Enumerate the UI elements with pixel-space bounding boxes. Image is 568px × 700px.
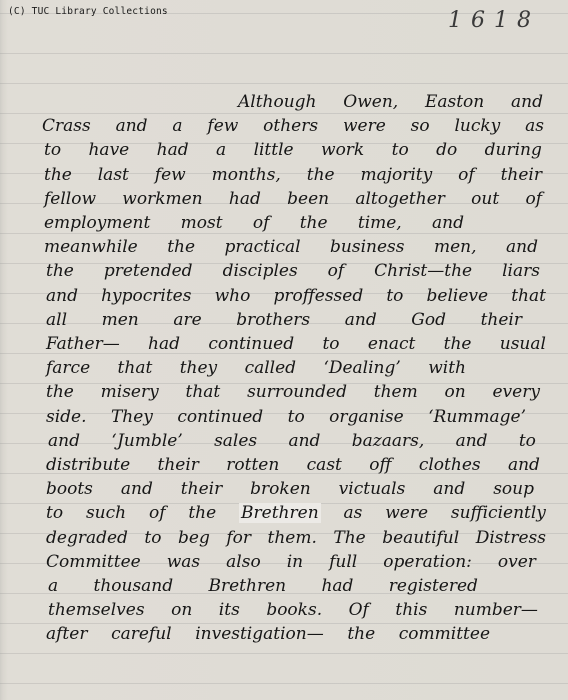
manuscript-word: registered [389,576,478,596]
manuscript-word: to [44,140,61,160]
manuscript-word: and [508,455,540,475]
manuscript-line: AlthoughOwen,Eastonand [238,92,543,112]
manuscript-word: were [343,116,386,136]
manuscript-line: andhypocriteswhoproffessedtobelievethat [46,286,546,306]
manuscript-word: during [485,140,542,160]
manuscript-word: the [46,382,74,402]
manuscript-word: are [173,310,201,330]
manuscript-word: ‘Dealing’ [323,358,400,378]
manuscript-word: sufficiently [451,503,546,523]
manuscript-word: committee [399,624,490,644]
manuscript-word: Father— [46,334,120,354]
manuscript-line: bootsandtheirbrokenvictualsandsoup [46,479,534,499]
manuscript-line: fellowworkmenhadbeenaltogetheroutof [44,189,542,209]
manuscript-line: aftercarefulinvestigation—thecommittee [46,624,490,644]
manuscript-word: beg [178,528,210,548]
manuscript-word: do [436,140,457,160]
manuscript-word: bazaars, [352,431,425,451]
manuscript-line: Crassandafewothersweresoluckyas [42,116,544,136]
manuscript-line: employmentmostofthetime,and [44,213,464,233]
manuscript-word: side. [46,407,87,427]
manuscript-word: rotten [226,455,279,475]
manuscript-line: meanwhilethepracticalbusinessmen,and [44,237,538,257]
manuscript-line: degradedtobegforthem.ThebeautifulDistres… [46,528,546,548]
manuscript-word: full [329,552,357,572]
manuscript-word: men, [434,237,477,257]
manuscript-word: to [322,334,339,354]
manuscript-word: had [321,576,353,596]
manuscript-word: believe [427,286,489,306]
manuscript-word: organise [329,407,404,427]
manuscript-word: a [172,116,182,136]
manuscript-word: and [433,479,465,499]
manuscript-word: Distress [476,528,546,548]
manuscript-word: the [46,261,74,281]
manuscript-word: the [347,624,375,644]
manuscript-word: in [287,552,303,572]
manuscript-word: ‘Rummage’ [428,407,526,427]
manuscript-line: allmenarebrothersandGodtheir [46,310,522,330]
manuscript-word: have [88,140,129,160]
manuscript-word: books. [266,600,322,620]
manuscript-word: were [385,503,428,523]
copyright-watermark: (C) TUC Library Collections [8,6,168,17]
manuscript-word: they [180,358,217,378]
manuscript-word: soup [493,479,534,499]
manuscript-word: usual [500,334,546,354]
manuscript-word: altogether [355,189,445,209]
manuscript-word: to [144,528,161,548]
manuscript-word: who [215,286,251,306]
manuscript-word: the [188,503,216,523]
manuscript-word: after [46,624,87,644]
manuscript-word: fellow [44,189,96,209]
manuscript-word: on [171,600,192,620]
manuscript-line: Father—hadcontinuedtoenacttheusual [46,334,546,354]
manuscript-word: practical [225,237,301,257]
manuscript-word: few [207,116,238,136]
manuscript-word: a [48,576,58,596]
manuscript-word: disciples [223,261,298,281]
manuscript-line: thelastfewmonths,themajorityoftheir [44,165,542,185]
manuscript-word: Easton [425,92,484,112]
manuscript-word: workmen [122,189,202,209]
manuscript-word: their [501,165,542,185]
manuscript-word: for [226,528,251,548]
manuscript-word: brothers [236,310,310,330]
manuscript-line: farcethattheycalled‘Dealing’with [46,358,466,378]
manuscript-word: this [395,600,427,620]
manuscript-word: hypocrites [101,286,191,306]
manuscript-word: ‘Jumble’ [111,431,182,451]
manuscript-word: little [254,140,294,160]
manuscript-word: sales [214,431,257,451]
manuscript-word: of [458,165,475,185]
manuscript-word: over [498,552,536,572]
manuscript-word: employment [44,213,150,233]
manuscript-word: to [386,286,403,306]
manuscript-word: their [481,310,522,330]
manuscript-line: themselvesonitsbooks.Ofthisnumber— [48,600,538,620]
manuscript-word: them [374,382,418,402]
manuscript-word: farce [46,358,90,378]
manuscript-word: Brethren [208,576,286,596]
manuscript-word: its [219,600,240,620]
manuscript-word: themselves [48,600,145,620]
manuscript-word: clothes [419,455,481,475]
manuscript-word: enact [368,334,416,354]
manuscript-line: distributetheirrottencastoffclothesand [46,455,540,475]
manuscript-word: and [116,116,148,136]
manuscript-line: athousandBrethrenhadregistered [48,576,478,596]
manuscript-word: time, [358,213,402,233]
manuscript-word: and [506,237,538,257]
manuscript-word: had [148,334,180,354]
manuscript-word: business [330,237,404,257]
manuscript-word: Of [349,600,369,620]
manuscript-word: that [186,382,221,402]
manuscript-word: beautiful [382,528,459,548]
manuscript-word: to [46,503,63,523]
manuscript-word: broken [250,479,311,499]
manuscript-word: Although [238,92,317,112]
manuscript-word: distribute [46,455,130,475]
manuscript-word: had [229,189,261,209]
manuscript-line: side.Theycontinuedtoorganise‘Rummage’ [46,407,526,427]
manuscript-word: others [263,116,318,136]
manuscript-word: meanwhile [44,237,138,257]
manuscript-word: pretended [104,261,193,281]
manuscript-word: as [344,503,363,523]
manuscript-word: as [525,116,544,136]
manuscript-word: and [121,479,153,499]
manuscript-word: their [158,455,199,475]
manuscript-word: victuals [339,479,406,499]
manuscript-word: cast [307,455,342,475]
manuscript-line: themiserythatsurroundedthemonevery [46,382,540,402]
manuscript-word: to [519,431,536,451]
manuscript-word: so [411,116,430,136]
page-number: 1618 [448,8,540,33]
manuscript-line: and‘Jumble’salesandbazaars,andto [48,431,536,451]
manuscript-word: proffessed [273,286,363,306]
manuscript-word: that [511,286,546,306]
manuscript-word: thousand [93,576,173,596]
manuscript-word: continued [177,407,263,427]
manuscript-word: and [46,286,78,306]
manuscript-word: The [333,528,365,548]
manuscript-word: of [149,503,166,523]
manuscript-word: with [428,358,466,378]
manuscript-word: on [445,382,466,402]
manuscript-word: of [328,261,345,281]
manuscript-word: careful [111,624,172,644]
manuscript-word: such [86,503,126,523]
manuscript-word: of [253,213,270,233]
manuscript-line: tohavehadalittleworktododuring [44,140,542,160]
manuscript-word: operation: [383,552,472,572]
manuscript-word: their [181,479,222,499]
manuscript-word: and [511,92,543,112]
manuscript-line: Committeewasalsoinfulloperation:over [46,552,536,572]
manuscript-page: (C) TUC Library Collections 1618 Althoug… [0,0,568,700]
manuscript-word: a [216,140,226,160]
manuscript-word: They [111,407,153,427]
manuscript-word: boots [46,479,93,499]
manuscript-word: the [44,165,72,185]
manuscript-word: the [307,165,335,185]
manuscript-word: them. [267,528,316,548]
manuscript-word: that [118,358,153,378]
manuscript-word: work [321,140,364,160]
manuscript-word: and [345,310,377,330]
manuscript-word: Owen, [343,92,398,112]
manuscript-word: to [288,407,305,427]
manuscript-word: every [493,382,540,402]
manuscript-word: and [288,431,320,451]
manuscript-line: tosuchoftheBrethrenasweresufficiently [46,503,546,523]
manuscript-word: of [525,189,542,209]
manuscript-word: Committee [46,552,141,572]
manuscript-word: last [98,165,129,185]
manuscript-word: and [432,213,464,233]
manuscript-word: few [155,165,186,185]
manuscript-word: Christ—the [374,261,472,281]
manuscript-word: majority [360,165,432,185]
manuscript-word: investigation— [195,624,324,644]
manuscript-word: Crass [42,116,91,136]
manuscript-line: thepretendeddisciplesofChrist—theliars [46,261,540,281]
manuscript-word: lucky [454,116,500,136]
manuscript-word: misery [101,382,159,402]
manuscript-word: degraded [46,528,128,548]
manuscript-word: been [287,189,329,209]
manuscript-word: most [181,213,223,233]
manuscript-word: months, [212,165,281,185]
manuscript-word: also [226,552,261,572]
manuscript-word: liars [502,261,540,281]
manuscript-word: men [102,310,139,330]
manuscript-word: the [167,237,195,257]
manuscript-word: to [392,140,409,160]
manuscript-word: had [157,140,189,160]
manuscript-word: Brethren [239,503,321,523]
manuscript-word: and [456,431,488,451]
manuscript-word: was [167,552,200,572]
manuscript-word: continued [208,334,294,354]
manuscript-word: and [48,431,80,451]
manuscript-word: all [46,310,67,330]
manuscript-word: called [245,358,296,378]
manuscript-word: out [471,189,499,209]
manuscript-word: off [369,455,391,475]
manuscript-word: surrounded [247,382,347,402]
manuscript-word: the [300,213,328,233]
manuscript-word: the [444,334,472,354]
manuscript-word: God [411,310,446,330]
manuscript-word: number— [454,600,538,620]
